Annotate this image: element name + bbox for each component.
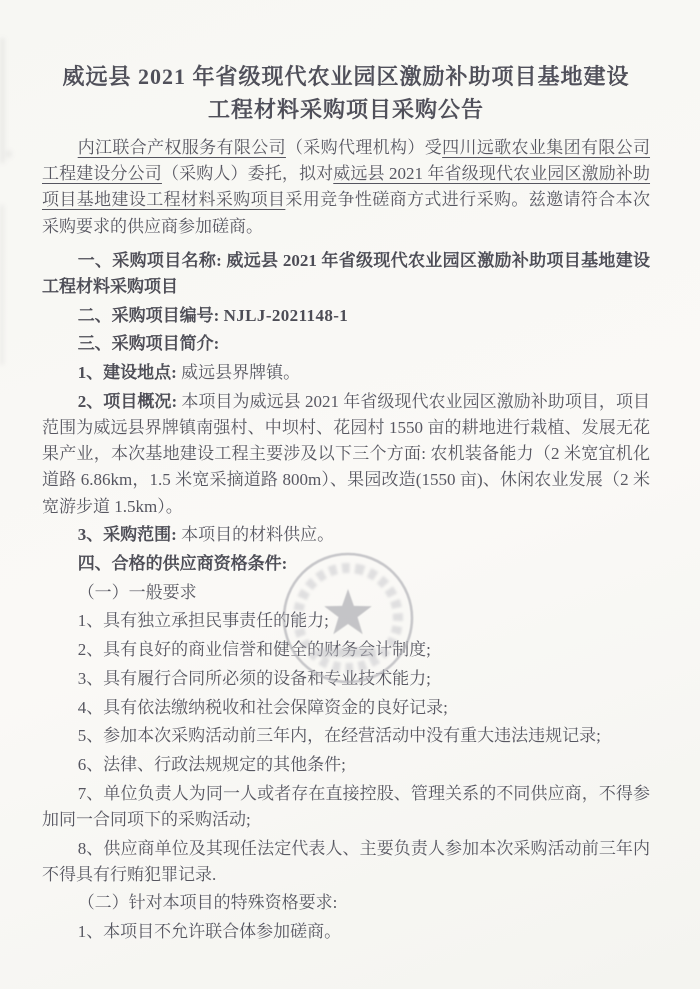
project-number-label: 二、采购项目编号:	[78, 306, 224, 325]
requirement-item-8: 8、供应商单位及其现任法定代表人、主要负责人参加本次采购活动前三年内不得具有行贿…	[42, 836, 650, 888]
scope-value: 本项目的材料供应。	[181, 525, 334, 544]
purchaser-role: （采购人）委托，拟对	[162, 164, 333, 183]
section-qualification-header: 四、合格的供应商资格条件:	[42, 551, 650, 577]
requirement-item-5: 5、参加本次采购活动前三年内，在经营活动中没有重大违法违规记录;	[42, 723, 650, 749]
document-title: 威远县 2021 年省级现代农业园区激励补助项目基地建设 工程材料采购项目采购公…	[42, 60, 650, 126]
scan-edge-artifact	[0, 205, 4, 365]
overview-label: 2、项目概况:	[78, 392, 182, 411]
item-scope: 3、采购范围: 本项目的材料供应。	[42, 522, 650, 548]
document-content: 威远县 2021 年省级现代农业园区激励补助项目基地建设 工程材料采购项目采购公…	[42, 60, 650, 948]
intro-paragraph: 内江联合产权服务有限公司（采购代理机构）受四川远歌农业集团有限公司工程建设分公司…	[42, 135, 650, 240]
requirement-item-2: 2、具有良好的商业信誉和健全的财务会计制度;	[42, 637, 650, 663]
requirement-item-7: 7、单位负责人为同一人或者存在直接控股、管理关系的不同供应商，不得参加同一合同项…	[42, 781, 650, 833]
agency-name: 内江联合产权服务有限公司	[78, 138, 286, 157]
subsection-special-header: （二）针对本项目的特殊资格要求:	[42, 890, 650, 916]
document-title-line1: 威远县 2021 年省级现代农业园区激励补助项目基地建设	[42, 60, 650, 93]
requirement-item-3: 3、具有履行合同所必须的设备和专业技术能力;	[42, 666, 650, 692]
project-intro-label: 三、采购项目简介:	[78, 334, 220, 353]
document-title-line2: 工程材料采购项目采购公告	[42, 93, 650, 126]
requirement-item-4: 4、具有依法缴纳税收和社会保障资金的良好记录;	[42, 695, 650, 721]
location-value: 威远县界牌镇。	[181, 363, 300, 382]
item-project-intro: 三、采购项目简介:	[42, 331, 650, 357]
scan-edge-artifact	[0, 38, 5, 163]
item-overview: 2、项目概况: 本项目为威远县 2021 年省级现代农业园区激励补助项目，项目范…	[42, 389, 650, 520]
scan-edge-artifact	[6, 150, 12, 158]
special-item-1: 1、本项目不允许联合体参加磋商。	[42, 919, 650, 945]
item-location: 1、建设地点: 威远县界牌镇。	[42, 360, 650, 386]
qualification-header-label: 四、合格的供应商资格条件:	[78, 554, 288, 573]
item-project-name: 一、采购项目名称: 威远县 2021 年省级现代农业园区激励补助项目基地建设工程…	[42, 248, 650, 300]
document-page: 威远县 2021 年省级现代农业园区激励补助项目基地建设 工程材料采购项目采购公…	[0, 0, 700, 989]
item-project-number: 二、采购项目编号: NJLJ-2021148-1	[42, 303, 650, 329]
project-name-label: 一、采购项目名称:	[78, 251, 227, 270]
requirement-item-6: 6、法律、行政法规规定的其他条件;	[42, 752, 650, 778]
scope-label: 3、采购范围:	[78, 525, 181, 544]
subsection-general-header: （一）一般要求	[42, 580, 650, 606]
project-number-value: NJLJ-2021148-1	[224, 306, 349, 325]
agency-role: （采购代理机构）受	[286, 138, 442, 157]
location-label: 1、建设地点:	[78, 363, 181, 382]
requirement-item-1: 1、具有独立承担民事责任的能力;	[42, 608, 650, 634]
